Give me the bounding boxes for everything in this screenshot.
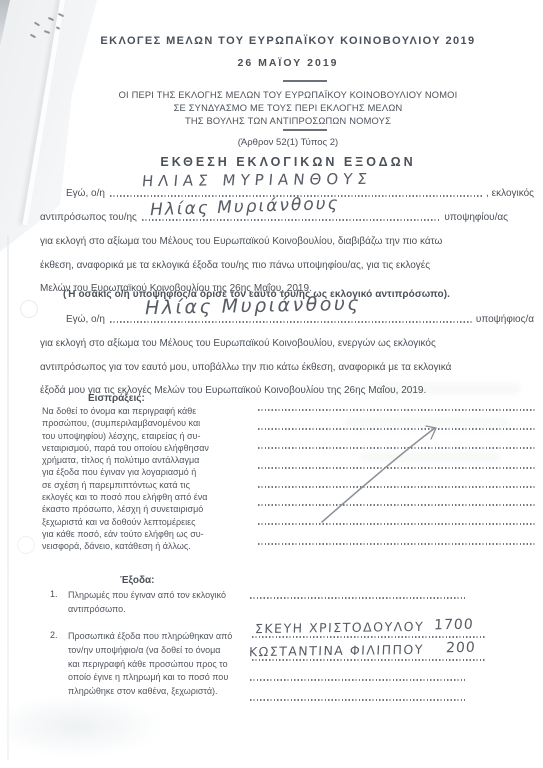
handwritten-candidate-self-name: Ηλίας Μυριάνθους [145, 293, 362, 320]
handwritten-amount: 1700 [433, 617, 474, 634]
expenses-blank-line [250, 699, 465, 701]
form-title: ΕΚΘΕΣΗ ΕΚΛΟΓΙΚΩΝ ΕΞΟΔΩΝ [58, 155, 518, 169]
expense-item-number: 2. [50, 630, 58, 640]
intro-suffix: υποψήφιος/α [476, 314, 534, 325]
receipts-heading: Εισπράξεις: [88, 393, 145, 404]
diagonal-strike-mark [250, 410, 450, 535]
handwritten-agent-name: ΗΛΙΑΣ ΜΥΡΙΑΝΘΟΥΣ [141, 170, 372, 190]
dotted-blank [142, 219, 442, 221]
candidate-declaration-body: για εκλογή στο αξίωμα του Μέλους του Ευρ… [40, 332, 508, 403]
scan-smudge [5, 695, 165, 757]
receipts-blank-line [258, 543, 535, 545]
expense-item-number: 1. [50, 589, 58, 599]
law-reference: ΟΙ ΠΕΡΙ ΤΗΣ ΕΚΛΟΓΗΣ ΜΕΛΩΝ ΤΟΥ ΕΥΡΩΠΑΪΚΟΥ… [58, 89, 518, 128]
handwritten-payee-name: ΚΩΣΤΑΝΤΙΝΑ ΦΙΛΙΠΠΟΥ [249, 642, 424, 659]
expenses-blank-line [250, 679, 465, 681]
intro-prefix: Εγώ, ο/η [66, 188, 105, 199]
expenses-blank-line [250, 597, 465, 599]
election-title: ΕΚΛΟΓΕΣ ΜΕΛΩΝ ΤΟΥ ΕΥΡΩΠΑΪΚΟΥ ΚΟΙΝΟΒΟΥΛΙΟ… [58, 35, 518, 47]
paper-edge-shadow [7, 235, 9, 760]
divider-rule [283, 129, 327, 131]
handwritten-amount: 200 [445, 640, 476, 657]
scanned-document-page: ΕΚΛΟΓΕΣ ΜΕΛΩΝ ΤΟΥ ΕΥΡΩΠΑΪΚΟΥ ΚΟΙΝΟΒΟΥΛΙΟ… [0, 0, 543, 768]
hole-punch-mark [20, 300, 38, 318]
expenses-entry-line [252, 659, 485, 661]
line2-prefix: αντιπρόσωπος του/ης [40, 212, 137, 223]
receipts-instruction: Να δοθεί το όνομα και περιγραφή κάθε προ… [42, 405, 257, 553]
intro-suffix: , εκλογικός [486, 188, 534, 199]
hole-punch-mark [17, 536, 35, 554]
article-reference: (Άρθρον 52(1) Τύπος 2) [58, 137, 518, 148]
expenses-heading: Έξοδα: [120, 575, 155, 586]
intro-prefix: Εγώ, ο/η [66, 314, 105, 325]
divider-rule [283, 80, 327, 82]
expense-item-text: Προσωπικά έξοδα που πληρώθηκαν από τον/η… [68, 630, 263, 699]
expense-item-text: Πληρωμές που έγιναν από τον εκλογικό αντ… [68, 589, 263, 617]
expenses-entry-line [252, 636, 485, 638]
dotted-blank [110, 321, 473, 323]
handwritten-payee-name: ΣΚΕΥΗ ΧΡΙΣΤΟΔΟΥΛΟΥ [255, 619, 425, 636]
line2-suffix: υποψηφίου/ας [444, 212, 508, 223]
election-date: 26 ΜΑΪΟΥ 2019 [58, 57, 518, 69]
